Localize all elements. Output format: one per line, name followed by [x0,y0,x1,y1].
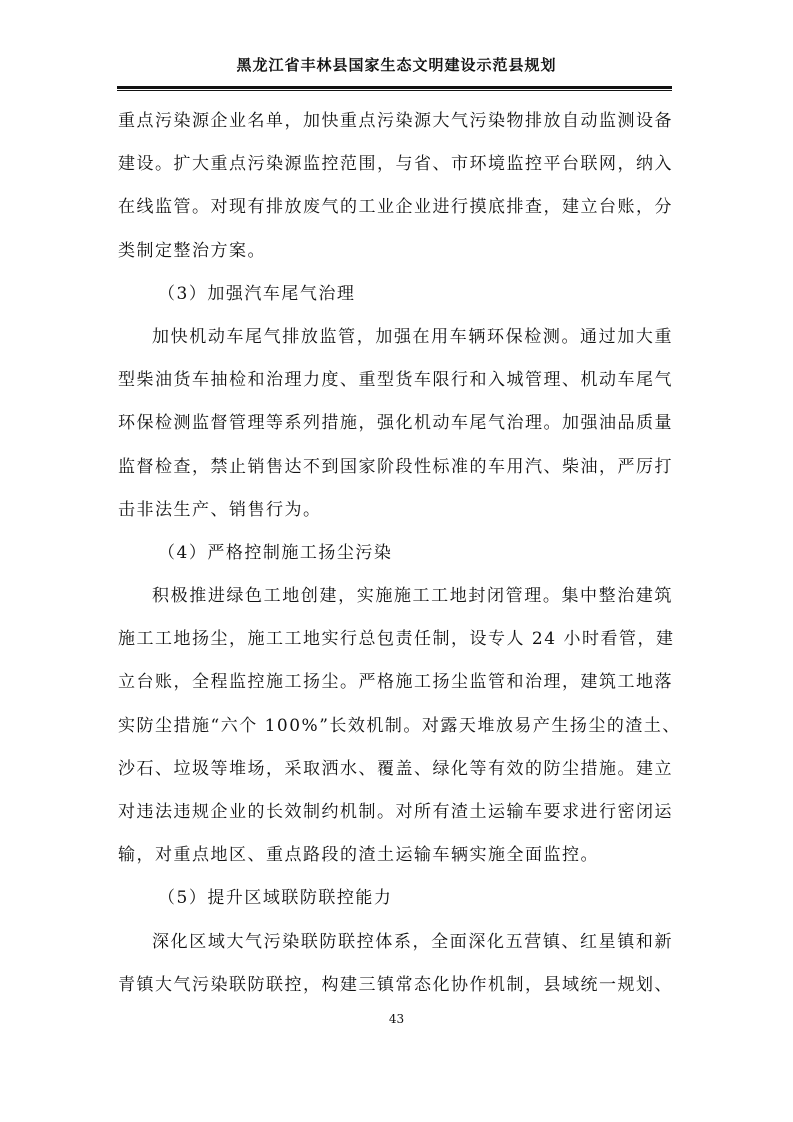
text-line: 施工工地扬尘，施工工地实行总包责任制，设专人 24 小时看管，建 [118,624,673,667]
text-line: 重点污染源企业名单，加快重点污染源大气污染物排放自动监测设备 [118,106,673,149]
document-body: 重点污染源企业名单，加快重点污染源大气污染物排放自动监测设备 建设。扩大重点污染… [118,106,673,1013]
paragraph-regional-control: 深化区域大气污染联防联控体系，全面深化五营镇、红星镇和新 青镇大气污染联防联控，… [118,927,673,1013]
text-line: 沙石、垃圾等堆场，采取洒水、覆盖、绿化等有效的防尘措施。建立 [118,754,673,797]
text-line: 环保检测监督管理等系列措施，强化机动车尾气治理。加强油品质量 [118,408,673,451]
header-double-rule [117,86,672,91]
paragraph-vehicle-exhaust: 加快机动车尾气排放监管，加强在用车辆环保检测。通过加大重 型柴油货车抽检和治理力… [118,322,673,538]
text-line: 在线监管。对现有排放废气的工业企业进行摸底排查，建立台账，分 [118,192,673,235]
text-line: 实防尘措施“六个 100%”长效机制。对露天堆放易产生扬尘的渣土、 [118,711,673,754]
section-heading-4: （4）严格控制施工扬尘污染 [118,538,673,581]
text-line: 深化区域大气污染联防联控体系，全面深化五营镇、红星镇和新 [118,927,673,970]
page-number: 43 [0,1012,793,1026]
text-line: 建设。扩大重点污染源监控范围，与省、市环境监控平台联网，纳入 [118,149,673,192]
section-heading-3: （3）加强汽车尾气治理 [118,279,673,322]
running-header-title: 黑龙江省丰林县国家生态文明建设示范县规划 [0,54,793,75]
text-line: 立台账，全程监控施工扬尘。严格施工扬尘监管和治理，建筑工地落 [118,667,673,710]
section-heading-5: （5）提升区域联防联控能力 [118,883,673,926]
text-line: 型柴油货车抽检和治理力度、重型货车限行和入城管理、机动车尾气 [118,365,673,408]
text-line: 监督检查，禁止销售达不到国家阶段性标准的车用汽、柴油，严厉打 [118,452,673,495]
text-line: 积极推进绿色工地创建，实施施工工地封闭管理。集中整治建筑 [118,581,673,624]
text-line: 输，对重点地区、重点路段的渣土运输车辆实施全面监控。 [118,840,673,883]
text-line: 击非法生产、销售行为。 [118,495,673,538]
text-line: 对违法违规企业的长效制约机制。对所有渣土运输车要求进行密闭运 [118,797,673,840]
text-line: 类制定整治方案。 [118,236,673,279]
paragraph-pollution-sources: 重点污染源企业名单，加快重点污染源大气污染物排放自动监测设备 建设。扩大重点污染… [118,106,673,279]
paragraph-construction-dust: 积极推进绿色工地创建，实施施工工地封闭管理。集中整治建筑 施工工地扬尘，施工工地… [118,581,673,883]
text-line: 青镇大气污染联防联控，构建三镇常态化协作机制，县域统一规划、 [118,970,673,1013]
header-rule-thin [117,90,672,91]
text-line: 加快机动车尾气排放监管，加强在用车辆环保检测。通过加大重 [118,322,673,365]
